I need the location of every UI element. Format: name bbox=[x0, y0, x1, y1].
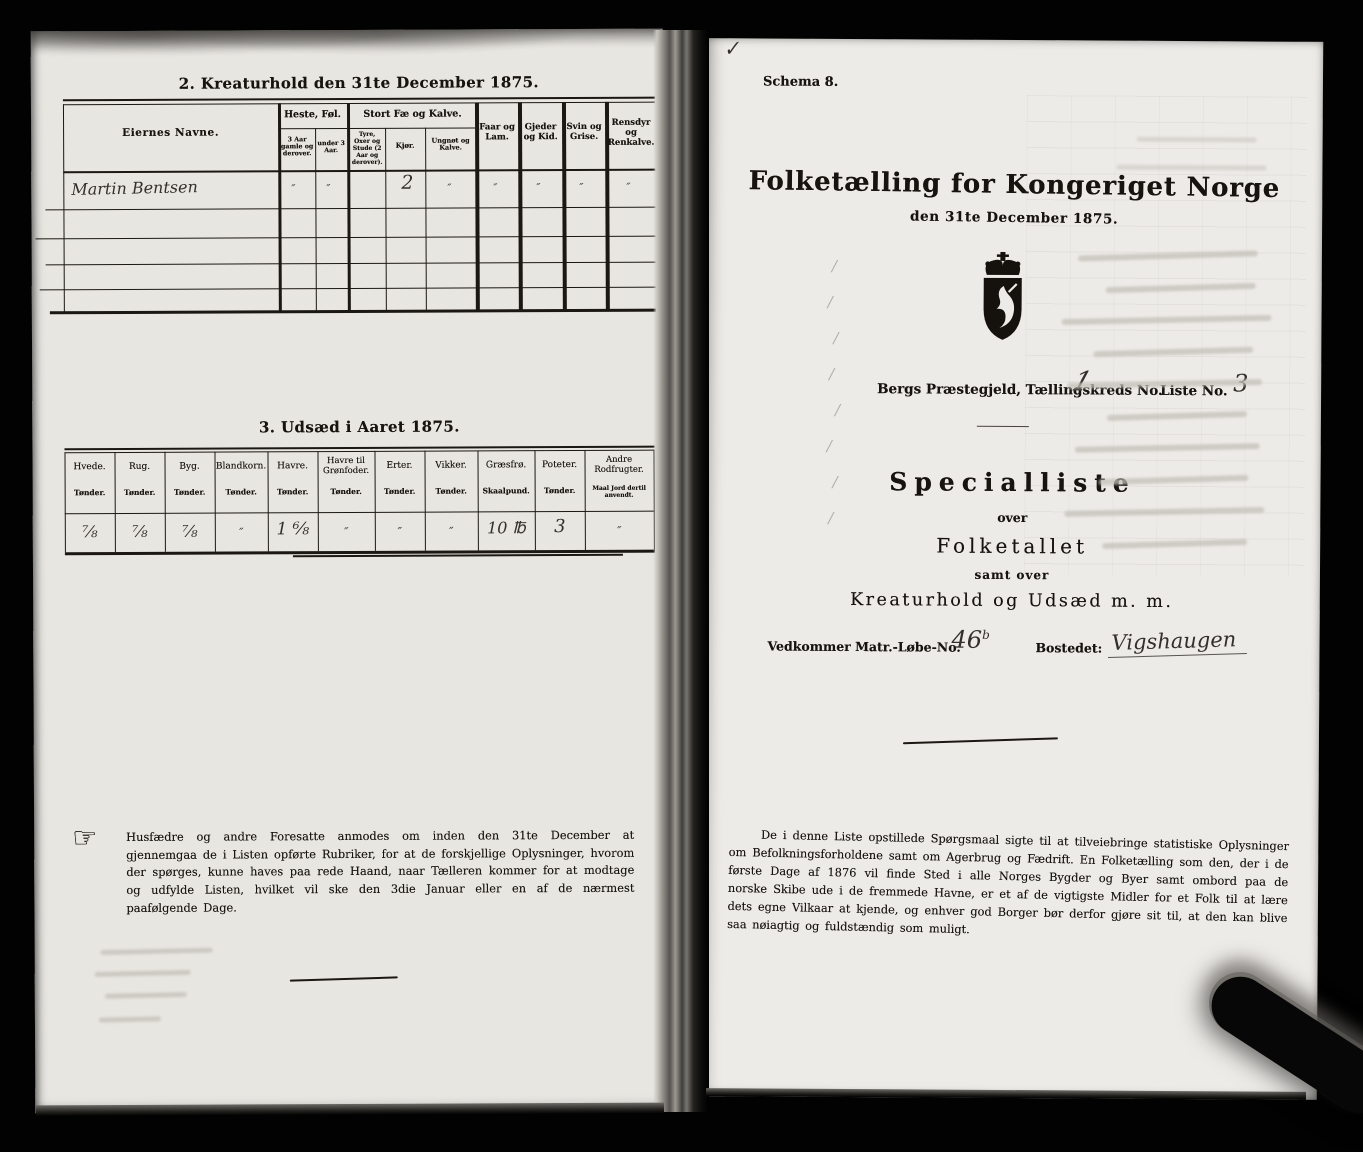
udsaed-col-name: Erter. bbox=[375, 461, 425, 471]
schema-label: Schema 8. bbox=[763, 74, 838, 89]
bleedthrough-smudge bbox=[99, 1016, 161, 1022]
instruction-note: Husfædre og andre Foresatte anmodes om i… bbox=[126, 827, 634, 918]
col-header-ungnot: Ungnøt og Kalve. bbox=[427, 137, 474, 152]
udsaed-col-name: Poteter. bbox=[535, 460, 585, 470]
page-stack-edge bbox=[36, 1103, 664, 1117]
bleedthrough-mark: / bbox=[828, 293, 833, 311]
bleedthrough-smudge bbox=[1078, 250, 1258, 261]
page-stack-edge bbox=[653, 30, 709, 1112]
coat-of-arms bbox=[972, 252, 1033, 352]
table-rule bbox=[63, 102, 655, 106]
udsaed-col-unit: Tønder. bbox=[535, 486, 585, 495]
right-page: ✓ Schema 8. Folketælling for Kongeriget … bbox=[701, 38, 1323, 1100]
bleedthrough-smudge bbox=[1116, 165, 1266, 171]
bleedthrough-smudge bbox=[1106, 283, 1256, 293]
pen-stroke bbox=[903, 737, 1058, 744]
cell-value: ″ bbox=[291, 182, 295, 195]
bleedthrough-mark: / bbox=[832, 257, 837, 275]
udsaed-col-unit: Maal Jord dertil anvendt. bbox=[587, 486, 652, 500]
udsaed-value: ⁷⁄₈ bbox=[115, 522, 165, 541]
udsaed-col-unit: Tønder. bbox=[215, 487, 268, 496]
udsaed-value: ″ bbox=[375, 525, 425, 539]
table-rule bbox=[385, 128, 387, 312]
bleedthrough-smudge bbox=[1137, 137, 1257, 143]
bleedthrough-smudge bbox=[1075, 443, 1260, 453]
speciallist-folketallet: Folketallet bbox=[704, 532, 1320, 560]
udsaed-table: Hvede. Tønder. Rug. Tønder. Byg. Tønder.… bbox=[64, 446, 654, 561]
udsaed-col-unit: Tønder. bbox=[268, 487, 318, 496]
col-group-heste: Heste, Føl. bbox=[278, 109, 347, 120]
udsaed-value: ″ bbox=[215, 525, 268, 539]
udsaed-col-name: Græsfrø. bbox=[478, 460, 535, 470]
udsaed-col-unit: Skaalpund. bbox=[478, 486, 535, 495]
cell-value: ″ bbox=[579, 181, 583, 194]
cell-value-kjor: 2 bbox=[401, 172, 413, 194]
table-rule bbox=[63, 97, 655, 102]
checkmark-annotation: ✓ bbox=[722, 38, 742, 61]
udsaed-value: ⁷⁄₈ bbox=[165, 522, 215, 541]
udsaed-col-unit: Tønder. bbox=[165, 488, 215, 497]
matr-number-suffix: b bbox=[982, 628, 990, 642]
udsaed-value: 10 ℔ bbox=[478, 518, 535, 537]
udsaed-col-name: Hvede. bbox=[65, 462, 115, 472]
col-header-heste-gamle: 3 Aar gamle og derover. bbox=[280, 136, 314, 158]
kreaturhold-table-title: 2. Kreaturhold den 31te December 1875. bbox=[63, 73, 655, 94]
matr-number: 46 bbox=[951, 626, 982, 654]
bleedthrough-smudge bbox=[1093, 347, 1253, 358]
bleedthrough-mark: / bbox=[832, 473, 837, 491]
left-page: 2. Kreaturhold den 31te December 1875. bbox=[31, 29, 668, 1114]
udsaed-value: ″ bbox=[585, 524, 654, 538]
bleedthrough-mark: / bbox=[829, 365, 834, 383]
matr-number-entry: 46b bbox=[951, 626, 989, 654]
bleedthrough-smudge bbox=[1061, 315, 1271, 325]
udsaed-col-name: Vikker. bbox=[425, 460, 478, 470]
norwegian-lion-crest-icon bbox=[972, 252, 1033, 352]
bleedthrough-smudge bbox=[1107, 411, 1247, 421]
udsaed-col-name: Havre. bbox=[268, 461, 318, 471]
udsaed-col-name: Andre Rodfrugter. bbox=[585, 456, 654, 476]
col-header-faar-lam: Faar og Lam. bbox=[477, 123, 517, 143]
table-rule bbox=[64, 450, 654, 454]
udsaed-col-name: Byg. bbox=[165, 462, 215, 472]
pen-stroke bbox=[290, 976, 398, 981]
speciallist-heading: Specialliste bbox=[704, 466, 1320, 499]
udsaed-col-unit: Tønder. bbox=[375, 487, 425, 496]
intro-paragraph: De i denne Liste opstillede Spørgsmaal s… bbox=[727, 826, 1289, 946]
bleedthrough-mark: / bbox=[833, 329, 838, 347]
table-rule bbox=[315, 128, 317, 312]
udsaed-col-unit: Tønder. bbox=[115, 488, 165, 497]
bleedthrough-smudge bbox=[105, 992, 187, 999]
udsaed-col-name: Havre til Grønfoder. bbox=[318, 457, 375, 477]
table-rule bbox=[63, 169, 655, 174]
cell-value: ″ bbox=[447, 182, 451, 195]
table-rule bbox=[293, 554, 623, 557]
page-edge-grime bbox=[31, 29, 663, 55]
col-header-rensdyr: Rensdyr og Renkalve. bbox=[607, 119, 655, 149]
bleedthrough-mark: / bbox=[828, 509, 833, 527]
col-header-eiernes-navne: Eiernes Navne. bbox=[63, 126, 278, 139]
pointing-hand-icon: ☞ bbox=[72, 821, 97, 854]
col-header-svin-grise: Svin og Grise. bbox=[564, 123, 604, 143]
owner-name-entry: Martin Bentsen bbox=[71, 176, 271, 199]
bleedthrough-smudge bbox=[95, 970, 191, 977]
udsaed-col-name: Rug. bbox=[115, 462, 165, 472]
bosted-label: Bostedet: bbox=[1035, 640, 1102, 655]
bleedthrough-smudge bbox=[101, 948, 213, 955]
udsaed-col-unit: Tønder. bbox=[425, 486, 478, 495]
udsaed-value: 1 ⁶⁄₈ bbox=[268, 519, 318, 539]
col-header-tyre-oxer: Tyre, Oxer og Stude (2 Aar og derover). bbox=[350, 132, 384, 167]
col-header-heste-under3: under 3 Aar. bbox=[316, 140, 346, 155]
col-header-kjor: Kjør. bbox=[386, 142, 424, 150]
scanned-census-spread: 2. Kreaturhold den 31te December 1875. bbox=[0, 0, 1363, 1152]
cell-value: ″ bbox=[626, 181, 630, 194]
udsaed-value: ″ bbox=[425, 524, 478, 538]
cell-value: ″ bbox=[493, 181, 497, 194]
cell-value: ″ bbox=[326, 182, 330, 195]
col-header-gjeder-kid: Gjeder og Kid. bbox=[520, 123, 561, 143]
table-rule bbox=[425, 128, 427, 312]
bleedthrough-mark: / bbox=[827, 437, 832, 455]
table-rule bbox=[278, 127, 475, 129]
udsaed-value: 3 bbox=[535, 516, 585, 537]
udsaed-col-unit: Tønder. bbox=[318, 487, 375, 496]
table-rule bbox=[65, 511, 655, 515]
bosted-entry: Vigshaugen bbox=[1107, 627, 1246, 658]
cell-value: ″ bbox=[536, 181, 540, 194]
udsaed-value: ⁷⁄₈ bbox=[65, 522, 115, 541]
page-title: Folketælling for Kongeriget Norge bbox=[706, 165, 1322, 204]
udsaed-col-name: Blandkorn. bbox=[215, 461, 268, 471]
col-group-stort-fae: Stort Fæ og Kalve. bbox=[350, 108, 475, 120]
bleedthrough-mark: / bbox=[835, 401, 840, 419]
kreaturhold-table: Eiernes Navne. Heste, Føl. Stort Fæ og K… bbox=[63, 97, 656, 316]
udsaed-table-title: 3. Udsæd i Aaret 1875. bbox=[64, 417, 654, 438]
udsaed-col-unit: Tønder. bbox=[65, 488, 115, 497]
udsaed-value: ″ bbox=[318, 525, 375, 539]
matr-label: Vedkommer Matr.-Løbe-No. bbox=[767, 639, 960, 655]
page-subtitle: den 31te December 1875. bbox=[706, 205, 1322, 230]
speciallist-kreaturhold: Kreaturhold og Udsæd m. m. bbox=[704, 589, 1320, 613]
speciallist-samt-over: samt over bbox=[704, 566, 1320, 584]
fill-in-rule bbox=[977, 426, 1029, 427]
table-rule bbox=[278, 103, 282, 312]
